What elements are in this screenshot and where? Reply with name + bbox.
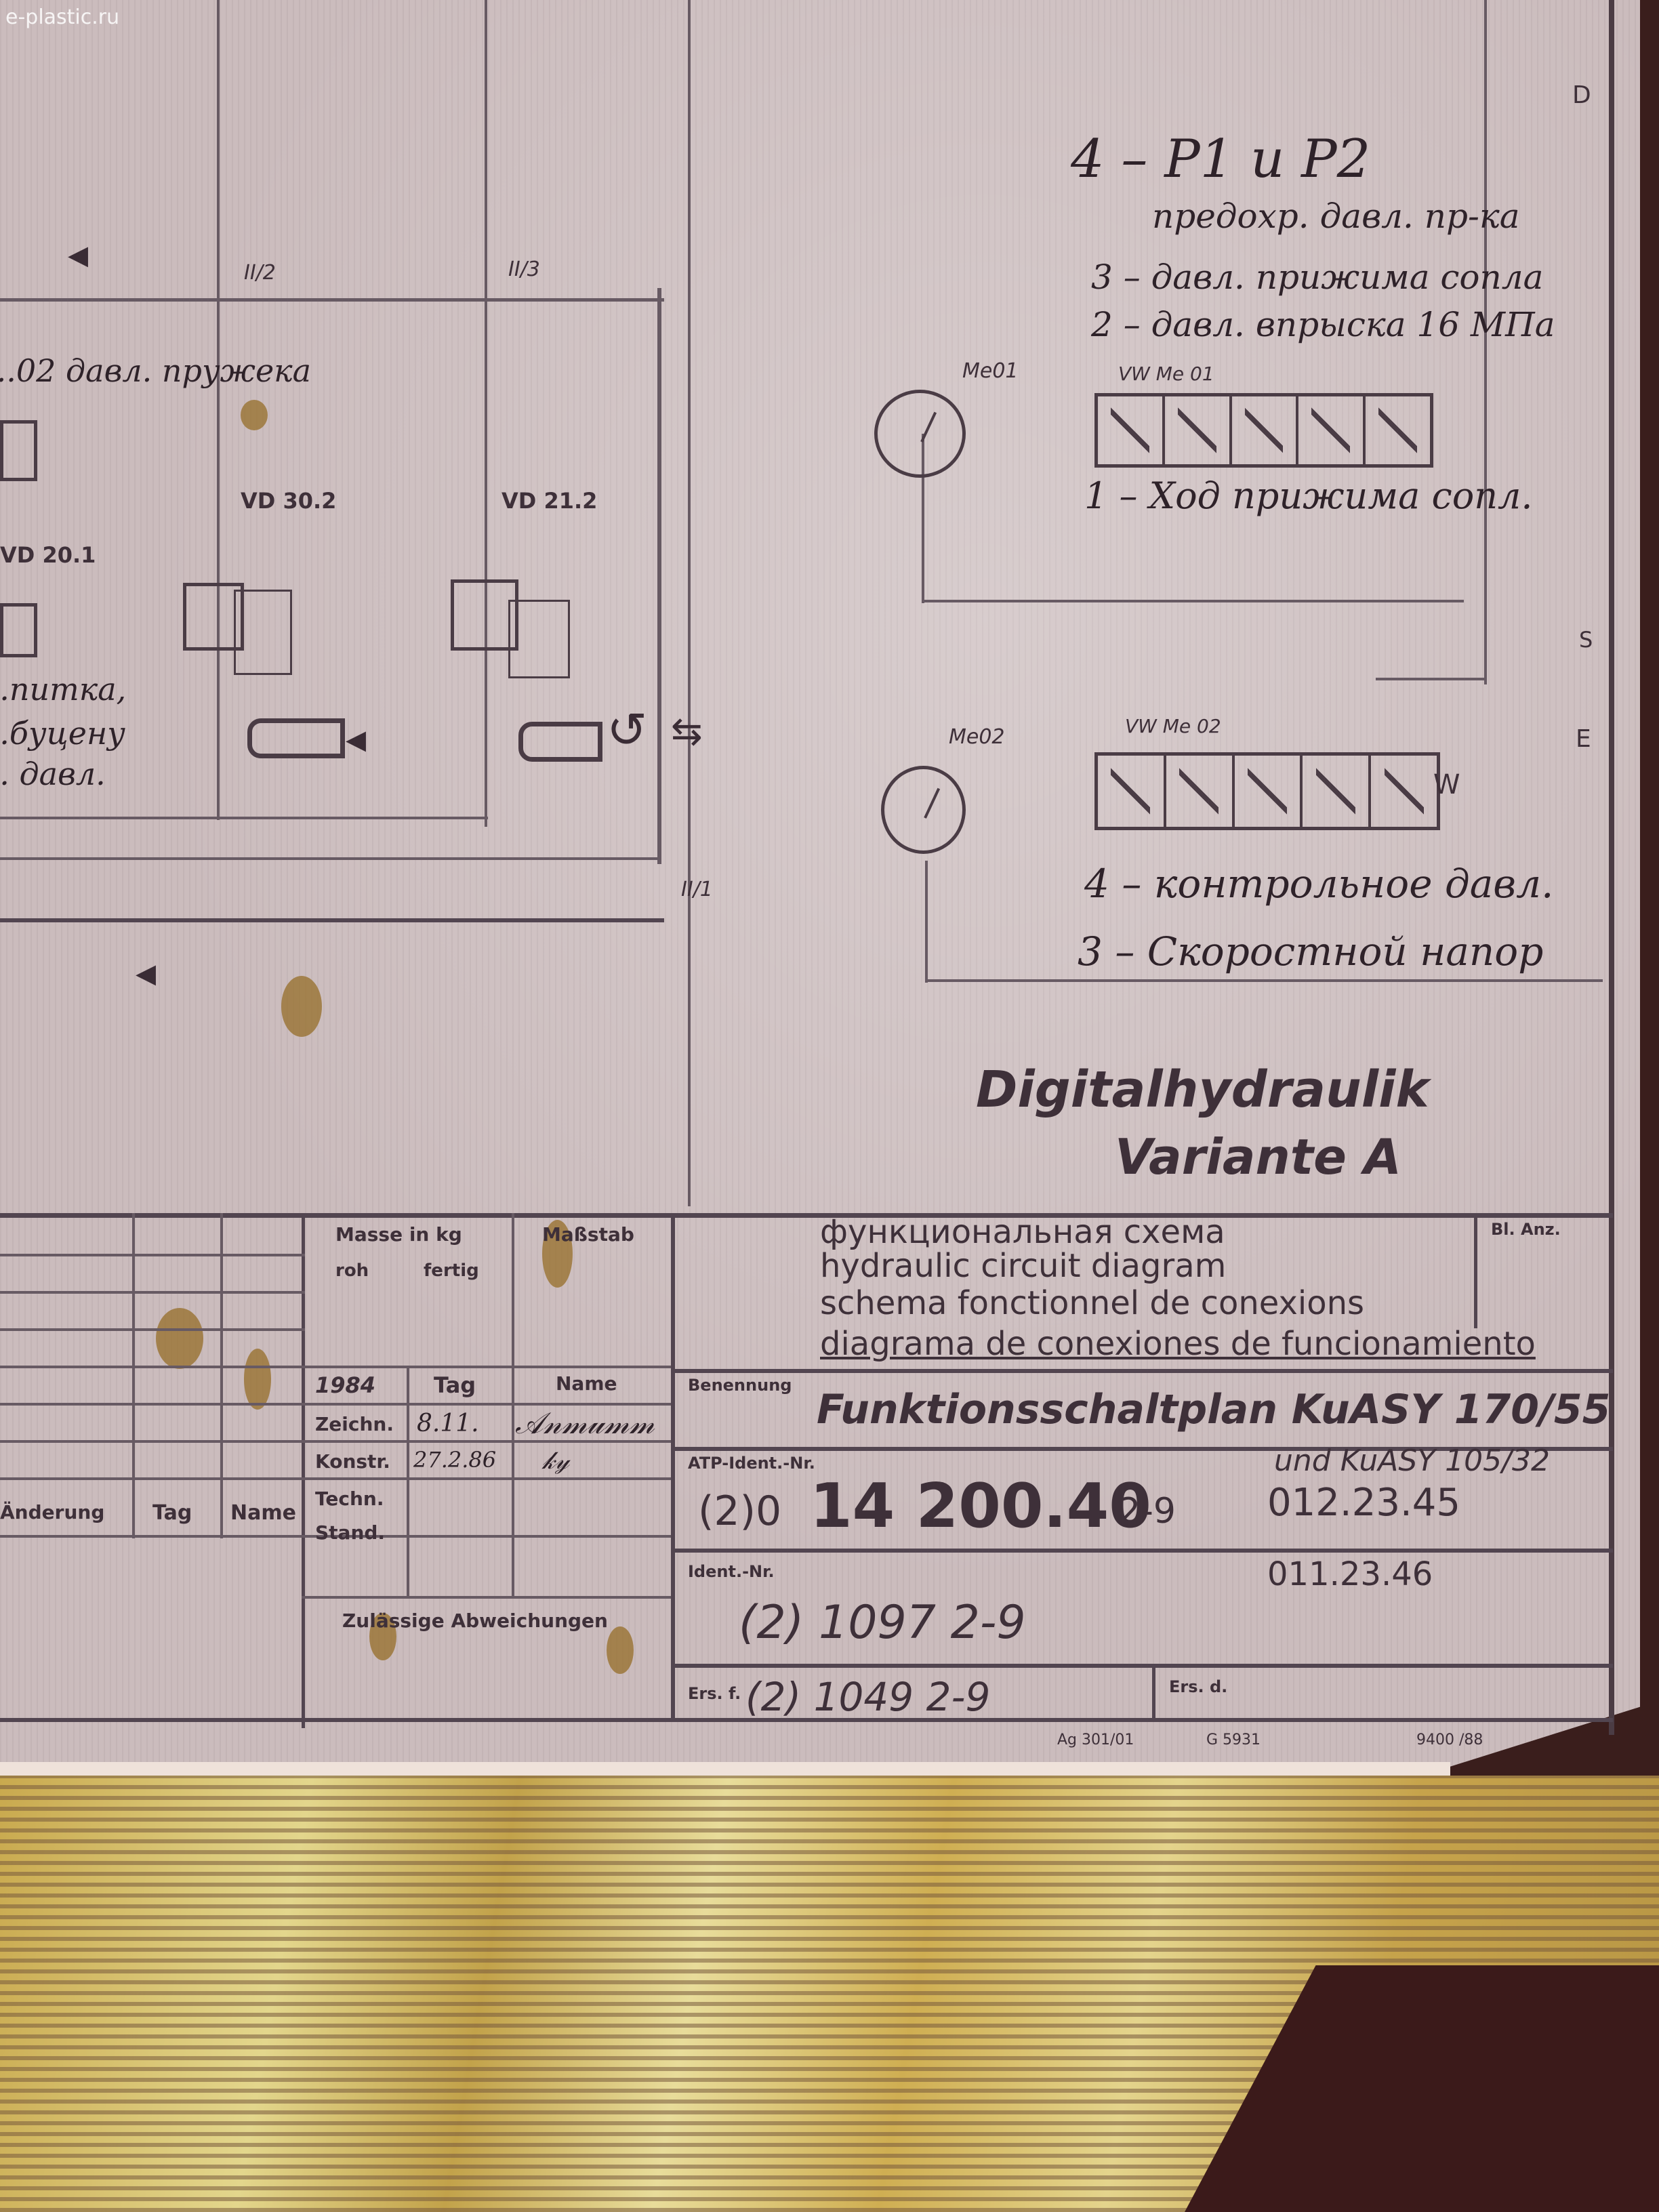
tolerance-label: Zulässige Abweichungen (342, 1610, 608, 1632)
title-block-divider (0, 1328, 305, 1331)
mass-col: roh (335, 1261, 369, 1281)
atp-label: ATP-Ident.-Nr. (688, 1454, 815, 1473)
role-label: Stand. (315, 1521, 385, 1544)
cylinder-symbol (518, 722, 602, 762)
valve-label: VW Me 01 (1118, 363, 1214, 385)
drawing-title: Digitalhydraulik (976, 1061, 1429, 1119)
handwritten-note: ...буцену (0, 715, 125, 752)
drawing-frame-right (1609, 0, 1614, 1735)
stain (244, 1349, 271, 1410)
title-block-border (0, 1213, 1613, 1218)
title-block-divider (0, 1366, 671, 1368)
title-block-divider (0, 1477, 671, 1480)
description-ru: функциональная схема (820, 1213, 1225, 1251)
title-block-divider (302, 1596, 671, 1599)
handwritten-note: 4 – контрольное давл. (1084, 861, 1553, 907)
valve-position (1366, 396, 1430, 464)
arrow-left-icon: ◂ (136, 949, 156, 996)
role-label: Techn. (315, 1488, 384, 1510)
title-block-divider (407, 1366, 409, 1596)
valve-label: VD 30.2 (241, 488, 336, 514)
title-block-divider (0, 1403, 671, 1406)
arrow-left-icon: ◂ (346, 715, 366, 762)
atp-extra: 012.23.45 (1267, 1481, 1460, 1525)
description-en: hydraulic circuit diagram (820, 1247, 1226, 1285)
stain (607, 1626, 634, 1674)
handwritten-note: предохр. давл. пр-ка (1152, 197, 1520, 236)
circuit-line (922, 600, 1464, 602)
title-block-divider (1474, 1213, 1477, 1328)
valve-position (1303, 756, 1371, 827)
pressure-gauge-icon (881, 766, 966, 854)
gauge-label: Me02 (949, 725, 1005, 749)
atp-number: 14 200.40 (810, 1471, 1151, 1542)
cylinder-symbol (247, 718, 345, 758)
arrow-left-icon: ◂ (68, 230, 88, 278)
rotation-arrow-icon: ↺ (607, 701, 647, 758)
title-block-divider (1152, 1664, 1155, 1721)
title-block-divider (671, 1664, 1613, 1668)
title-block-divider (671, 1369, 1613, 1373)
atp-suffix: 2-9 (1118, 1491, 1176, 1532)
circuit-line (925, 861, 928, 983)
frame-letter: S (1579, 627, 1593, 653)
stain (241, 400, 268, 430)
stain (281, 976, 322, 1037)
circuit-line (1376, 678, 1484, 680)
mass-label: Masse in kg (335, 1223, 462, 1246)
title-block-divider (0, 1291, 305, 1294)
handwritten-note: 3 – Скоростной напор (1078, 928, 1543, 975)
pressure-valve-spring (508, 600, 570, 678)
valve-label: VD 20.1 (0, 542, 96, 568)
directional-valve (1094, 752, 1440, 830)
valve-position (1235, 756, 1303, 827)
handwritten-note: ...02 давл. пружека (0, 352, 311, 389)
circuit-line (925, 979, 1603, 982)
scale-label: Maßstab (542, 1223, 634, 1246)
valve-position (1232, 396, 1299, 464)
handwritten-note: 2 – давл. впрыска 16 МПа (1091, 305, 1555, 344)
title-block-divider (671, 1213, 675, 1721)
atp-prefix: (2)0 (698, 1488, 781, 1535)
name-header: Name (556, 1372, 617, 1395)
valve-label: VD 21.2 (501, 488, 597, 514)
revision-header: Name (230, 1501, 296, 1525)
frame-letter: D (1572, 81, 1591, 109)
footer-code: 9400 /88 (1416, 1732, 1483, 1748)
role-label: Konstr. (315, 1450, 390, 1473)
node-label: II/2 (244, 261, 276, 285)
pressure-valve (0, 603, 37, 657)
footer-code: Ag 301/01 (1057, 1732, 1134, 1748)
node-label: II/1 (681, 878, 713, 901)
spring-symbol: W (1433, 769, 1460, 800)
directional-valve (1094, 393, 1433, 468)
title-block-divider (132, 1213, 135, 1538)
title-block-divider (0, 1254, 305, 1256)
handwritten-note: ... давл. (0, 756, 106, 792)
circuit-line (0, 857, 661, 860)
circuit-line (0, 918, 664, 922)
circuit-line (0, 298, 664, 302)
role-date: 8.11. (417, 1410, 479, 1437)
ident-label: Ident.-Nr. (688, 1562, 775, 1581)
circuit-line (688, 0, 691, 1206)
role-label: Zeichn. (315, 1413, 394, 1435)
signature: 𝓀𝓎 (542, 1447, 569, 1475)
pressure-valve (0, 420, 37, 481)
circuit-line (657, 288, 661, 864)
circuit-line (485, 0, 487, 827)
watermark: e-plastic.ru (5, 5, 119, 29)
handwritten-note: 4 – P1 и P2 (1071, 129, 1370, 190)
valve-position (1165, 396, 1232, 464)
mass-col: fertig (424, 1261, 479, 1281)
benennung-value: Funktionsschaltplan KuASY 170/55 (817, 1386, 1610, 1433)
valve-position (1098, 396, 1165, 464)
pressure-gauge-icon (874, 390, 966, 478)
tag-header: Tag (434, 1372, 476, 1398)
valve-label: VW Me 02 (1125, 715, 1221, 737)
atp-extra: 011.23.46 (1267, 1555, 1433, 1593)
drawing-subtitle: Variante A (1115, 1128, 1401, 1185)
circuit-line (0, 817, 488, 819)
node-label: II/3 (508, 258, 540, 281)
atp-extra: und KuASY 105/32 (1274, 1443, 1550, 1478)
handwritten-note: ...питка, (0, 671, 126, 708)
handwritten-note: 1 – Ход прижима сопл. (1084, 474, 1533, 517)
circuit-line (217, 0, 220, 820)
handwritten-note: 3 – давл. прижима сопла (1091, 258, 1543, 297)
signature: 𝒜𝓃𝓂𝓊𝓂𝓂 (515, 1406, 655, 1441)
revision-header: Änderung (0, 1501, 104, 1523)
flow-arrows-icon: ⇆ (671, 718, 703, 745)
title-block-divider (220, 1213, 223, 1538)
description-es: diagrama de conexiones de funcionamiento (820, 1325, 1536, 1363)
title-block-divider (671, 1549, 1613, 1553)
ers-d-label: Ers. d. (1169, 1677, 1227, 1696)
frame-letter: E (1576, 725, 1591, 753)
year: 1984 (315, 1372, 375, 1398)
benennung-label: Benennung (688, 1376, 792, 1395)
valve-position (1098, 756, 1166, 827)
valve-position (1166, 756, 1235, 827)
ident-value: (2) 1097 2-9 (739, 1596, 1026, 1650)
title-block-divider (302, 1213, 305, 1728)
footer-code: G 5931 (1206, 1732, 1261, 1748)
revision-header: Tag (152, 1501, 192, 1525)
gauge-label: Me01 (962, 359, 1019, 383)
valve-position (1371, 756, 1437, 827)
stain (156, 1308, 203, 1369)
role-date: 27.2.86 (413, 1447, 496, 1473)
pressure-valve-spring (234, 590, 292, 675)
sheet-label: Bl. Anz. (1491, 1220, 1561, 1239)
erst-label: Ers. f. (688, 1684, 741, 1703)
description-fr: schema fonctionnel de conexions (820, 1284, 1364, 1322)
erst-value: (2) 1049 2-9 (745, 1674, 990, 1720)
valve-position (1298, 396, 1366, 464)
